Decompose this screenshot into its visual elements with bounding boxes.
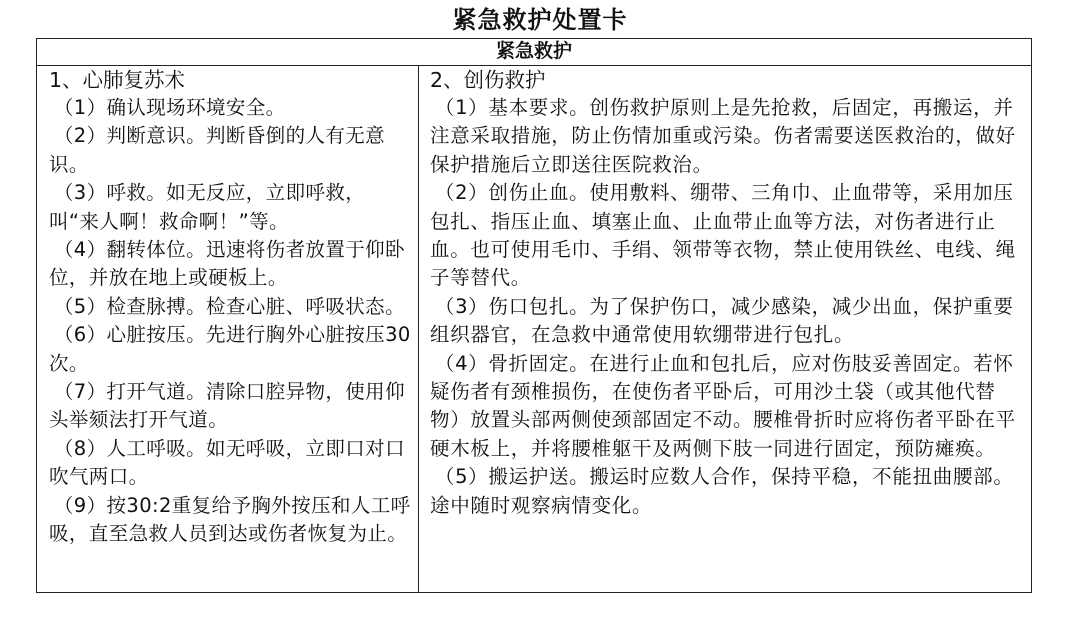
cpr-step: （2）判断意识。判断昏倒的人有无意识。 (49, 122, 412, 179)
page-title: 紧急救护处置卡 (0, 4, 1080, 36)
cpr-step: （5）检查脉搏。检查心脏、呼吸状态。 (49, 293, 412, 321)
cpr-step: （1）确认现场环境安全。 (49, 94, 412, 122)
trauma-step: （2）创伤止血。使用敷料、绷带、三角巾、止血带等，采用加压包扎、指压止血、填塞止… (430, 179, 1021, 293)
cpr-step: （8）人工呼吸。如无呼吸，立即口对口吹气两口。 (49, 435, 412, 492)
table-header: 紧急救护 (37, 39, 1031, 66)
trauma-column: 2、创伤救护 （1）基本要求。创伤救护原则上是先抢救，后固定，再搬运，并注意采取… (419, 66, 1031, 592)
trauma-step: （3）伤口包扎。为了保护伤口，减少感染，减少出血，保护重要组织器官，在急救中通常… (430, 293, 1021, 350)
emergency-card-table: 紧急救护 1、心肺复苏术 （1）确认现场环境安全。 （2）判断意识。判断昏倒的人… (36, 38, 1032, 593)
cpr-column: 1、心肺复苏术 （1）确认现场环境安全。 （2）判断意识。判断昏倒的人有无意识。… (37, 66, 419, 592)
trauma-step: （1）基本要求。创伤救护原则上是先抢救，后固定，再搬运，并注意采取措施，防止伤情… (430, 94, 1021, 179)
cpr-step: （4）翻转体位。迅速将伤者放置于仰卧位，并放在地上或硬板上。 (49, 236, 412, 293)
trauma-step: （5）搬运护送。搬运时应数人合作，保持平稳，不能扭曲腰部。途中随时观察病情变化。 (430, 463, 1021, 520)
cpr-step: （7）打开气道。清除口腔异物，使用仰头举颏法打开气道。 (49, 378, 412, 435)
trauma-section-title: 2、创伤救护 (430, 66, 1021, 94)
cpr-step: （3）呼救。如无反应，立即呼救，叫“来人啊！救命啊！”等。 (49, 179, 412, 236)
cpr-step: （6）心脏按压。先进行胸外心脏按压30次。 (49, 321, 412, 378)
cpr-section-title: 1、心肺复苏术 (49, 66, 412, 94)
trauma-step: （4）骨折固定。在进行止血和包扎后，应对伤肢妥善固定。若怀疑伤者有颈椎损伤，在使… (430, 350, 1021, 464)
cpr-step: （9）按30:2重复给予胸外按压和人工呼吸，直至急救人员到达或伤者恢复为止。 (49, 492, 412, 549)
